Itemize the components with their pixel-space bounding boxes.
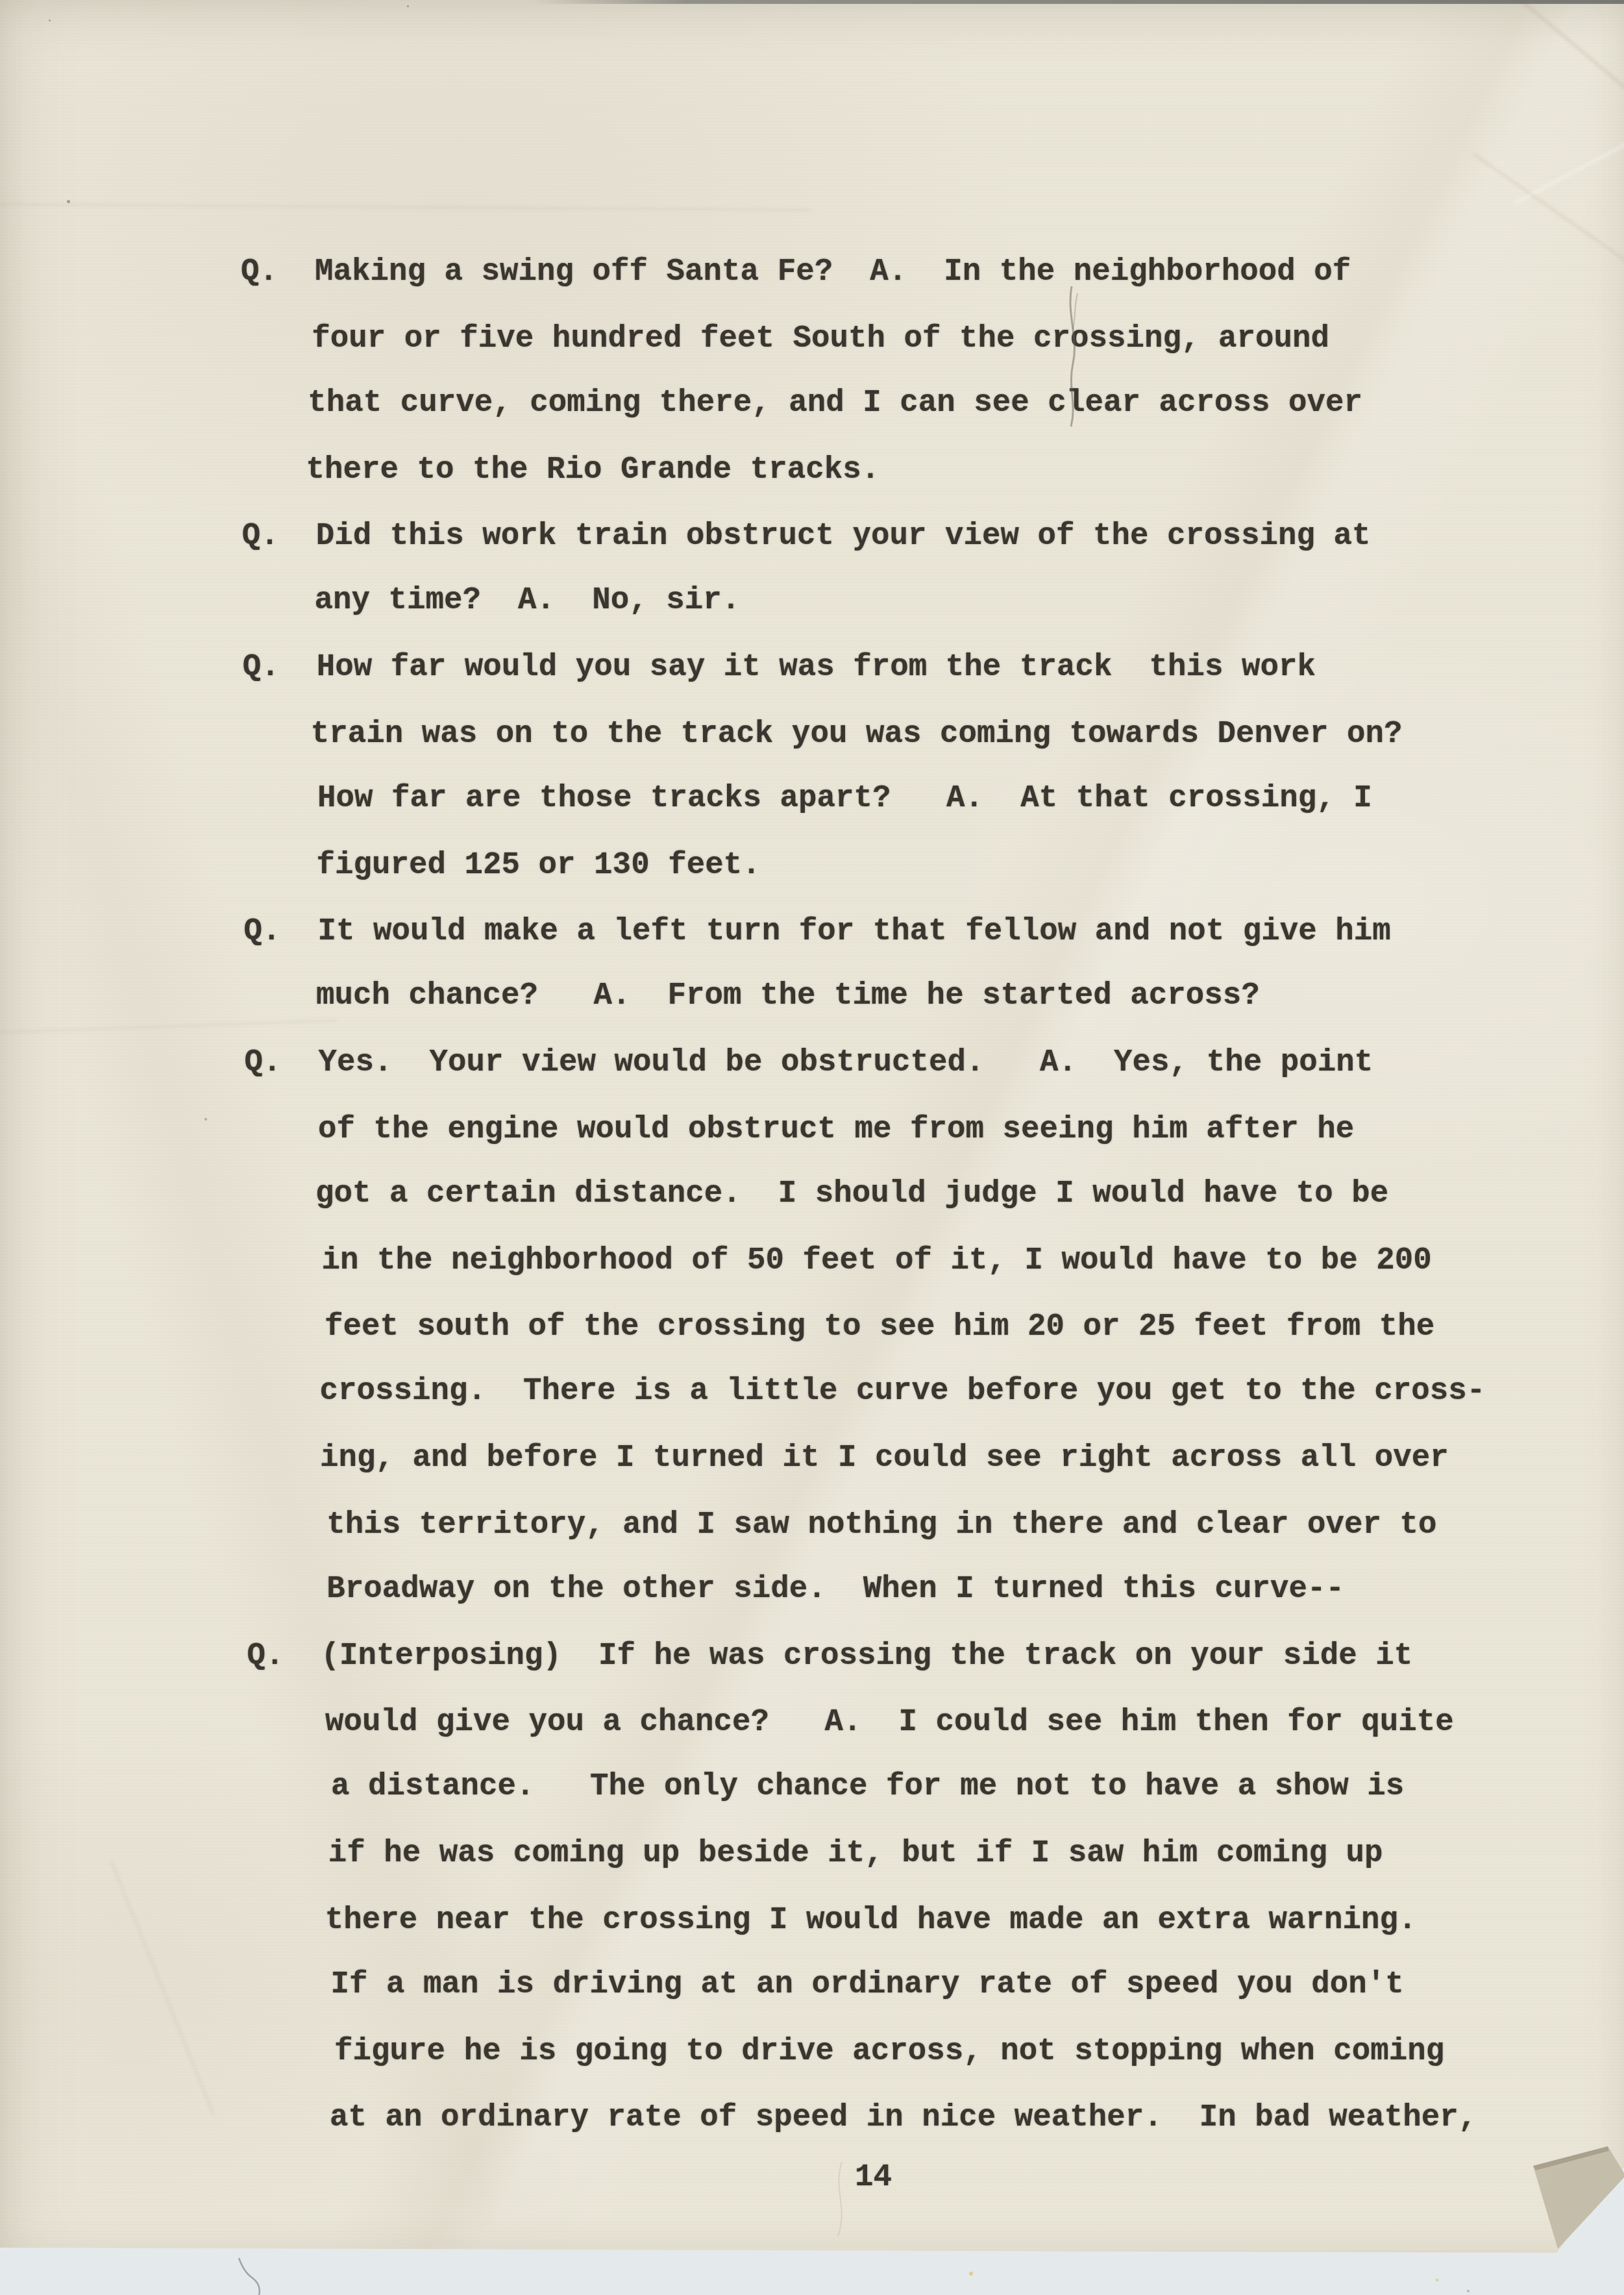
transcript-line: Q.How far would you say it was from the … <box>243 652 1316 684</box>
line-text: Did this work train obstruct your view o… <box>316 519 1371 554</box>
transcript-line: figured 125 or 130 feet. <box>243 850 761 882</box>
transcript-line: ing, and before I turned it I could see … <box>246 1443 1449 1474</box>
line-text: figure he is going to drive across, not … <box>334 2034 1444 2069</box>
transcript-line: at an ordinary rate of speed in nice wea… <box>249 2103 1470 2134</box>
transcript-line: there near the crossing I would have mad… <box>248 1905 1414 1937</box>
transcript-text: Q.Making a swing off Santa Fe? A. In the… <box>0 0 1624 2258</box>
line-text: there near the crossing I would have mad… <box>325 1903 1417 1938</box>
transcript-line: Q.Yes. Your view would be obstructed. A.… <box>244 1048 1373 1079</box>
transcript-line: Broadway on the other side. When I turne… <box>247 1574 1338 1606</box>
transcript-line: would give you a chance? A. I could see … <box>247 1707 1450 1739</box>
qa-marker: Q. <box>241 257 315 288</box>
line-text: Yes. Your view would be obstructed. A. Y… <box>318 1045 1373 1080</box>
line-text: there to the Rio Grande tracks. <box>306 453 880 488</box>
line-text: crossing. There is a little curve before… <box>319 1374 1485 1409</box>
line-text: Broadway on the other side. When I turne… <box>326 1572 1344 1607</box>
transcript-line: a distance. The only chance for me not t… <box>247 1772 1394 1803</box>
line-text: if he was coming up beside it, but if I … <box>328 1836 1383 1871</box>
line-text: in the neighborhood of 50 feet of it, I … <box>321 1243 1431 1278</box>
scanner-edge-shadow <box>532 0 1624 4</box>
transcript-line: if he was coming up beside it, but if I … <box>248 1839 1377 1870</box>
transcript-line: four or five hundred feet South of the c… <box>241 324 1333 355</box>
line-text: figured 125 or 130 feet. <box>317 848 761 883</box>
transcript-line: there to the Rio Grande tracks. <box>241 455 889 486</box>
transcript-line: in the neighborhood of 50 feet of it, I … <box>245 1246 1429 1277</box>
line-text: of the engine would obstruct me from see… <box>318 1112 1354 1147</box>
document-page: Q.Making a swing off Santa Fe? A. In the… <box>0 0 1624 2258</box>
line-text: a distance. The only chance for me not t… <box>331 1769 1404 1804</box>
transcript-line: of the engine would obstruct me from see… <box>245 1115 1355 1146</box>
line-text: much chance? A. From the time he started… <box>316 978 1260 1013</box>
transcript-line: much chance? A. From the time he started… <box>244 981 1262 1012</box>
line-text: at an ordinary rate of speed in nice wea… <box>330 2100 1477 2135</box>
line-text: train was on to the track you was coming… <box>311 717 1403 752</box>
transcript-line: this territory, and I saw nothing in the… <box>247 1510 1431 1541</box>
line-text: How far would you say it was from the tr… <box>317 650 1316 685</box>
transcript-line: If a man is driving at an ordinary rate … <box>249 1970 1396 2001</box>
transcript-line: that curve, coming there, and I can see … <box>241 388 1370 419</box>
transcript-line: Q.It would make a left turn for that fel… <box>244 917 1391 948</box>
line-text: this territory, and I saw nothing in the… <box>326 1507 1436 1543</box>
transcript-line: crossing. There is a little curve before… <box>246 1376 1486 1408</box>
line-text: that curve, coming there, and I can see … <box>308 386 1362 421</box>
line-text: any time? A. No, sir. <box>315 583 741 618</box>
line-text: How far are those tracks apart? A. At th… <box>317 781 1372 816</box>
qa-marker: Q. <box>244 1048 318 1079</box>
transcript-line: Q.(Interposing) If he was crossing the t… <box>247 1641 1412 1672</box>
line-text: feet south of the crossing to see him 20… <box>325 1309 1434 1345</box>
transcript-line: figure he is going to drive across, not … <box>249 2037 1433 2068</box>
transcript-line: Q.Making a swing off Santa Fe? A. In the… <box>241 257 1351 288</box>
line-text: four or five hundred feet South of the c… <box>312 321 1329 356</box>
qa-marker: Q. <box>247 1641 321 1672</box>
transcript-line: train was on to the track you was coming… <box>243 719 1409 751</box>
line-text: If a man is driving at an ordinary rate … <box>330 1967 1403 2002</box>
line-text: (Interposing) If he was crossing the tra… <box>321 1639 1412 1674</box>
qa-marker: Q. <box>243 652 317 684</box>
line-text: would give you a chance? A. I could see … <box>325 1705 1454 1740</box>
line-text: It would make a left turn for that fello… <box>318 914 1391 949</box>
line-text: ing, and before I turned it I could see … <box>320 1441 1449 1476</box>
line-text: Making a swing off Santa Fe? A. In the n… <box>315 254 1351 290</box>
transcript-line: got a certain distance. I should judge I… <box>245 1179 1392 1210</box>
qa-marker: Q. <box>244 917 318 948</box>
transcript-line: any time? A. No, sir. <box>242 586 742 617</box>
transcript-line: feet south of the crossing to see him 20… <box>245 1312 1429 1343</box>
qa-marker: Q. <box>242 521 316 552</box>
transcript-line: Q.Did this work train obstruct your view… <box>242 521 1371 552</box>
page-number: 14 <box>855 2163 892 2194</box>
transcript-line: How far are those tracks apart? A. At th… <box>243 784 1372 815</box>
line-text: got a certain distance. I should judge I… <box>315 1176 1388 1211</box>
